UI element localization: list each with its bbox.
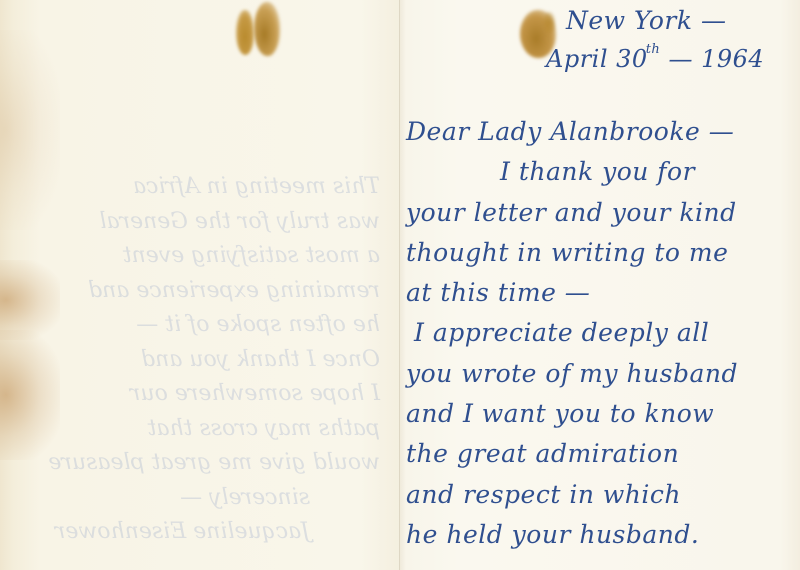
letter-body: Dear Lady Alanbrooke — I thank you for y…: [406, 112, 798, 555]
bleed-line: This meeting in Africa: [0, 170, 400, 205]
letter-line: and respect in which: [406, 475, 798, 515]
bleed-line: sincerely —: [0, 481, 400, 516]
left-page: This meeting in Africa was truly for the…: [0, 0, 400, 570]
letter-date: April 30th — 1964: [546, 42, 764, 73]
bleed-line: I hope somewhere our: [0, 377, 400, 412]
salutation: Dear Lady Alanbrooke —: [406, 112, 798, 152]
letter-line: I thank you for: [406, 152, 798, 192]
bleed-line: was truly for the General: [0, 205, 400, 240]
ink-stain: [254, 2, 280, 56]
letter-line: I appreciate deeply all: [406, 313, 798, 353]
date-ordinal: th: [646, 42, 661, 57]
bleed-line: remaining experience and: [0, 274, 400, 309]
date-year: — 1964: [668, 45, 764, 73]
letter-spread: This meeting in Africa was truly for the…: [0, 0, 800, 570]
ink-stain: [543, 12, 555, 34]
bleed-line: he often spoke of it —: [0, 308, 400, 343]
letter-line: your letter and your kind: [406, 193, 798, 233]
letter-line: at this time —: [406, 273, 798, 313]
letter-place: New York —: [566, 6, 726, 35]
letter-line: the great admiration: [406, 434, 798, 474]
letter-line: you wrote of my husband: [406, 354, 798, 394]
bleed-through-text: This meeting in Africa was truly for the…: [0, 170, 400, 550]
ink-stain: [236, 10, 254, 55]
letter-line: he held your husband.: [406, 515, 798, 555]
bleed-line: Jacqueline Eisenhower: [0, 515, 400, 550]
bleed-line: Once I thank you and: [0, 343, 400, 378]
date-prefix: April 30: [546, 45, 648, 73]
bleed-line: would give me great pleasure: [0, 446, 400, 481]
bleed-line: a most satisfying event: [0, 239, 400, 274]
bleed-line: paths may cross that: [0, 412, 400, 447]
right-page: New York — April 30th — 1964 Dear Lady A…: [400, 0, 800, 570]
letter-line: and I want you to know: [406, 394, 798, 434]
letter-line: thought in writing to me: [406, 233, 798, 273]
